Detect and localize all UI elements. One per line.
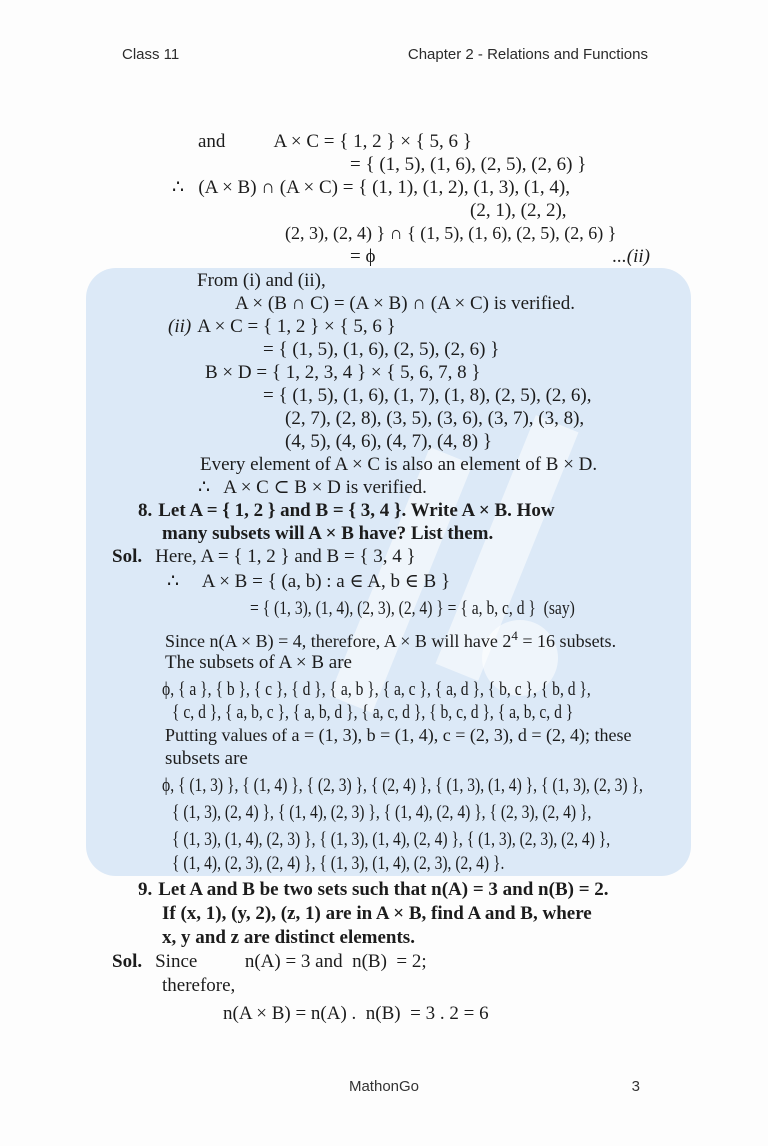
content-line: (ii)A × C = { 1, 2 } × { 5, 6 }	[0, 315, 768, 338]
header-chapter-label: Chapter 2 - Relations and Functions	[408, 46, 648, 63]
content-line: (4, 5), (4, 6), (4, 7), (4, 8) }	[0, 430, 768, 453]
content-line: ϕ, { (1, 3) }, { (1, 4) }, { (2, 3) }, {…	[0, 774, 768, 797]
content-line: From (i) and (ii),	[0, 269, 768, 292]
content-line: (2, 7), (2, 8), (3, 5), (3, 6), (3, 7), …	[0, 407, 768, 430]
content-line: Putting values of a = (1, 3), b = (1, 4)…	[0, 724, 768, 747]
question-line: 9.Let A and B be two sets such that n(A)…	[0, 878, 768, 902]
content-line: = { (1, 5), (1, 6), (2, 5), (2, 6) }	[0, 153, 768, 176]
content-line: n(A × B) = n(A) . n(B) = 3 . 2 = 6	[0, 1002, 768, 1026]
highlight-text: From (i) and (ii), A × (B ∩ C) = (A × B)…	[0, 269, 768, 875]
part-label: (ii)	[168, 316, 191, 337]
solution-label: Sol.	[112, 951, 142, 972]
question-line: 8.Let A = { 1, 2 } and B = { 3, 4 }. Wri…	[0, 499, 768, 522]
solution-label: Sol.	[112, 546, 142, 567]
solution-line: Sol.Here, A = { 1, 2 } and B = { 3, 4 }	[0, 545, 768, 568]
question-number: 8.	[138, 500, 152, 521]
question-line: many subsets will A × B have? List them.	[0, 522, 768, 545]
content-line: (2, 3), (2, 4) } ∩ { (1, 5), (1, 6), (2,…	[0, 222, 768, 245]
question-number: 9.	[138, 879, 152, 900]
question-line: x, y and z are distinct elements.	[0, 926, 768, 950]
content-line: Since n(A × B) = 4, therefore, A × B wil…	[0, 624, 768, 647]
content-line: = ϕ...(ii)	[0, 245, 768, 268]
content-line: { (1, 3), (1, 4), (2, 3) }, { (1, 3), (1…	[0, 828, 768, 851]
content-line: = { (1, 5), (1, 6), (1, 7), (1, 8), (2, …	[0, 384, 768, 407]
content-line: { (1, 3), (2, 4) }, { (1, 4), (2, 3) }, …	[0, 801, 768, 824]
post-highlight-text: 9.Let A and B be two sets such that n(A)…	[0, 878, 768, 1026]
content-line: andA × C = { 1, 2 } × { 5, 6 }	[0, 130, 768, 153]
content-line: The subsets of A × B are	[0, 651, 768, 674]
content-line: B × D = { 1, 2, 3, 4 } × { 5, 6, 7, 8 }	[0, 361, 768, 384]
pre-highlight-text: andA × C = { 1, 2 } × { 5, 6 } = { (1, 5…	[0, 130, 768, 268]
content-line: (2, 1), (2, 2),	[0, 199, 768, 222]
connector-word: and	[198, 131, 225, 152]
content-line: { c, d }, { a, b, c }, { a, b, d }, { a,…	[0, 701, 768, 724]
content-line: therefore,	[0, 974, 768, 998]
footer-brand: MathonGo	[0, 1078, 768, 1095]
content-line: subsets are	[0, 747, 768, 770]
content-line: = { (1, 3), (1, 4), (2, 3), (2, 4) } = {…	[0, 597, 768, 620]
header-class-label: Class 11	[122, 46, 179, 63]
content-line: ∴ A × C ⊂ B × D is verified.	[0, 476, 768, 499]
content-line: Every element of A × C is also an elemen…	[0, 453, 768, 476]
content-line: ∴ (A × B) ∩ (A × C) = { (1, 1), (1, 2), …	[0, 176, 768, 199]
footer-page-number: 3	[632, 1078, 640, 1095]
content-line: ∴ A × B = { (a, b) : a ∈ A, b ∈ B }	[0, 570, 768, 593]
question-line: If (x, 1), (y, 2), (z, 1) are in A × B, …	[0, 902, 768, 926]
solution-line: Sol.Since n(A) = 3 and n(B) = 2;	[0, 950, 768, 974]
content-line: ϕ, { a }, { b }, { c }, { d }, { a, b },…	[0, 678, 768, 701]
content-line: = { (1, 5), (1, 6), (2, 5), (2, 6) }	[0, 338, 768, 361]
content-line: A × (B ∩ C) = (A × B) ∩ (A × C) is verif…	[0, 292, 768, 315]
content-line: { (1, 4), (2, 3), (2, 4) }, { (1, 3), (1…	[0, 852, 768, 875]
equation-tag: ...(ii)	[613, 245, 650, 268]
